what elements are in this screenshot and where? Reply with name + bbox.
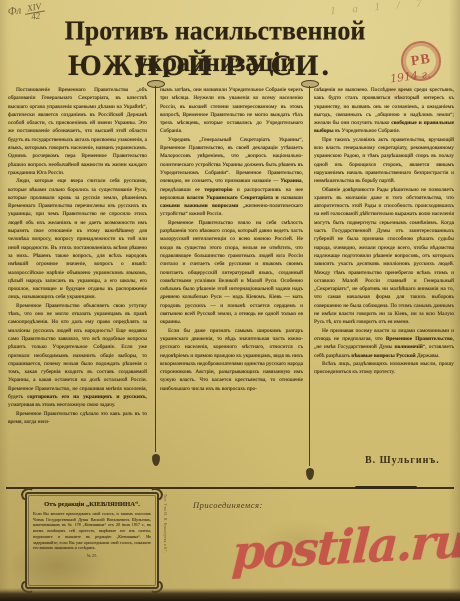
editorial-body: Если Вы желаете присоединить свой голосъ…	[33, 511, 151, 551]
paragraph: Временное Правительство взяло на себя см…	[160, 219, 303, 327]
paragraph: Временное Правительство объясняетъ свою …	[8, 302, 147, 410]
column-3: свѣщенія не выяснено. Послѣднее время ср…	[314, 86, 454, 376]
column-divider-2	[309, 86, 310, 466]
editorial-heading: Отъ редакціи „КІЕВЛЯНИНА“.	[33, 501, 151, 508]
paragraph: Временное Правительство сдѣлало это какъ…	[8, 410, 147, 427]
document-title-line-2: ЮЖНОЙ РУСИ.	[0, 49, 400, 83]
paragraph: Всѣхъ лицъ, раздѣляющихъ изложенныя мысл…	[314, 360, 454, 377]
article-columns: Постановленіе Временнаго Правительства „…	[8, 86, 454, 458]
paragraph: При такихъ условіяхъ актъ правительства,…	[314, 136, 454, 186]
column-1: Постановленіе Временнаго Правительства „…	[8, 86, 147, 426]
paragraph: нымъ затѣмъ, они назначили Учредительное…	[160, 86, 303, 136]
paragraph: свѣщенія не выяснено. Послѣднее время ср…	[314, 86, 454, 136]
paragraph: Постановленіе Временнаго Правительства „…	[8, 86, 147, 177]
divider-top-ornament-2	[301, 80, 319, 88]
footer-rule	[6, 487, 454, 489]
editorial-issue-number: № 25.	[33, 553, 151, 558]
bottom-edge-shadow	[0, 588, 460, 601]
paragraph: Не признавая посему власти за лицами сам…	[314, 327, 454, 360]
paragraph: Учредивъ „Генеральный Секретаріатъ Украи…	[160, 136, 303, 219]
joining-label: Присоединяемся:	[193, 500, 263, 510]
paragraph: Если бы даже признать самымъ широкимъ ра…	[160, 327, 303, 393]
editorial-note-box: Отъ редакціи „КІЕВЛЯНИНА“. Если Вы желае…	[25, 492, 159, 589]
column-divider-1	[155, 86, 156, 452]
author-signature: В. Шульгинъ.	[365, 455, 440, 466]
divider-top-ornament-1	[147, 80, 165, 88]
column-2: нымъ затѣмъ, они назначили Учредительное…	[160, 86, 303, 393]
paragraph: Обаяніе довѣрчивости Рады рѣшительно не …	[314, 186, 454, 327]
printer-note: Тип. Т-ва И. Н. Кушнеревъ и К°.	[163, 494, 167, 553]
paragraph: Люди, которые еще вчера считали себя рус…	[8, 177, 147, 301]
